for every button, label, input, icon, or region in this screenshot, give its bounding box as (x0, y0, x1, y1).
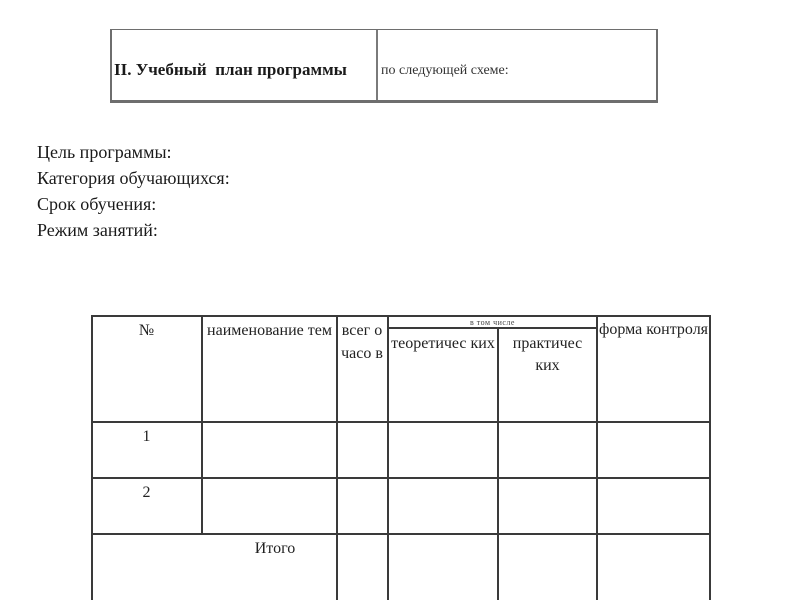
table-right-border (709, 315, 711, 600)
header-practical: практичес ких (499, 333, 596, 377)
header-theoretical: теоретичес ких (389, 333, 497, 355)
header-total-hours: всег о часо в (338, 320, 386, 365)
row-1-bottom-border (91, 477, 710, 479)
row-2-total[interactable] (338, 482, 386, 532)
row-1-control[interactable] (598, 426, 709, 476)
header-topic-name: наименование тем (203, 320, 336, 342)
table-top-border (91, 315, 710, 317)
row-1-total[interactable] (338, 426, 386, 476)
row-2-number: 2 (92, 482, 201, 504)
header-control-form: форма контроля (598, 319, 709, 341)
total-row-control[interactable] (598, 538, 709, 598)
total-row-theory[interactable] (389, 538, 497, 598)
row-1-practice[interactable] (499, 426, 596, 476)
header-bottom-border (91, 421, 710, 423)
table-left-border (91, 315, 93, 600)
row-1-topic[interactable] (203, 426, 336, 476)
total-row-practice[interactable] (499, 538, 596, 598)
row-1-number: 1 (92, 426, 201, 448)
row-2-bottom-border (91, 533, 710, 535)
subheader-divider (387, 327, 597, 329)
total-row-label: Итого (215, 538, 335, 560)
curriculum-table: № наименование тем всег о часо в в том ч… (0, 0, 800, 600)
row-2-control[interactable] (598, 482, 709, 532)
row-1-theory[interactable] (389, 426, 497, 476)
row-2-theory[interactable] (389, 482, 497, 532)
row-2-practice[interactable] (499, 482, 596, 532)
total-row-hours[interactable] (338, 538, 386, 598)
header-including: в том числе (389, 318, 596, 327)
header-number: № (92, 320, 201, 342)
row-2-topic[interactable] (203, 482, 336, 532)
